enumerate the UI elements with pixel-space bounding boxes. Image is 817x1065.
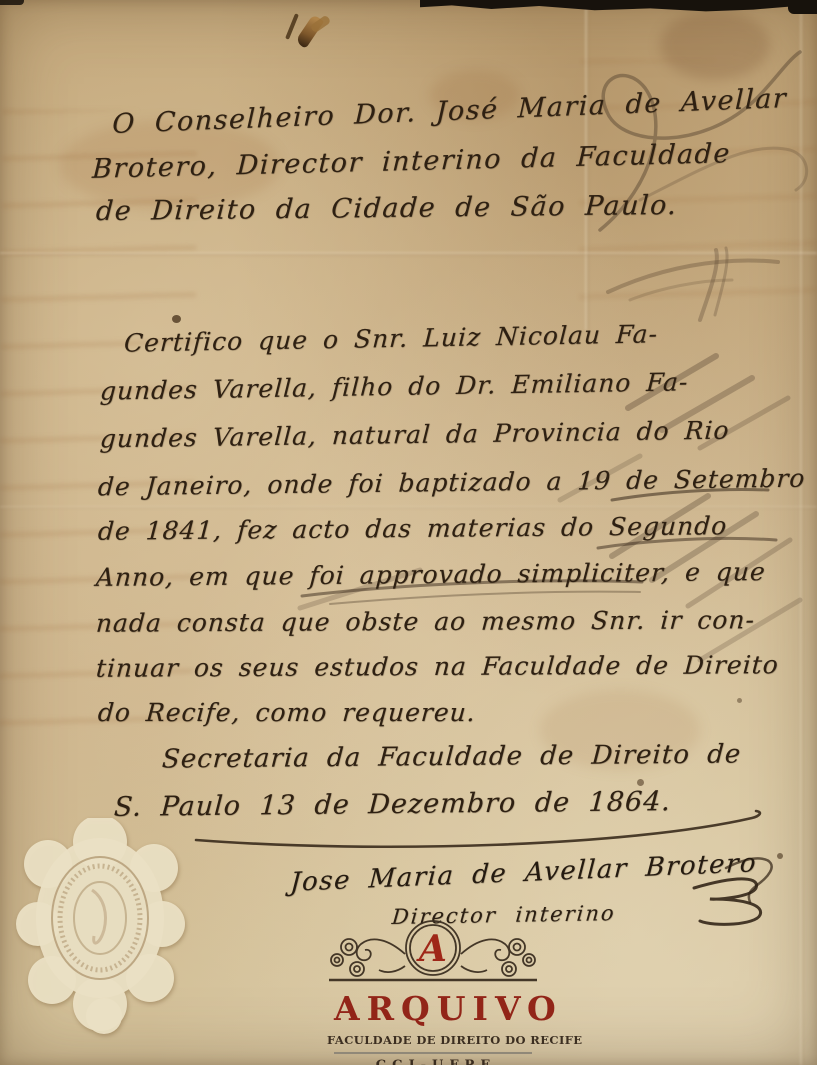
body-line: nada consta que obste ao mesmo Snr. ir c… [95,605,756,637]
stamp-ornament: A [327,914,539,984]
right-fold-line [800,0,804,1065]
archive-stamp: A ARQUIVO FACULDADE DE DIREITO DO RECIFE… [327,914,539,1065]
stamp-divider [334,1052,532,1054]
document-scan: O Conselheiro Dor. José Maria de Avellar… [0,0,817,1065]
body-line: Anno, em que foi approvado simpliciter, … [95,557,767,592]
horizontal-crease-upper [0,252,817,256]
ink-speck [172,315,181,323]
scan-edge-top-right [420,0,817,12]
stain [660,10,770,80]
ink-speck [737,698,742,703]
horizontal-crease-middle [0,506,817,509]
scan-edge-top-left [0,0,24,5]
closing-line: Secretaria da Faculdade de Direito de [161,739,742,774]
scan-edge-corner [788,0,817,14]
header-line: de Direito da Cidade de São Paulo. [95,190,678,227]
embossed-paper-seal [8,818,194,1036]
body-line: do Recife, como requereu. [97,698,477,727]
body-line: de 1841, fez acto das materias do Segund… [97,511,728,546]
closing-date-line: S. Paulo 13 de Dezembro de 1864. [113,786,672,823]
body-line: Certifico que o Snr. Luiz Nicolau Fa- [123,319,658,357]
ink-speck [777,853,783,859]
signature: Jose Maria de Avellar Brotero [289,848,758,898]
stamp-title: ARQUIVO [327,989,539,1028]
body-line: tinuar os seus estudos na Faculdade de D… [95,650,780,683]
ink-speck [637,779,644,786]
stamp-monogram: A [416,928,447,970]
body-line: de Janeiro, onde foi baptizado a 19 de S… [97,464,806,502]
stamp-subtitle: FACULDADE DE DIREITO DO RECIFE [327,1033,539,1047]
pen-blot-mark [285,13,299,40]
stamp-org: CCJ-UFPE [327,1058,539,1065]
